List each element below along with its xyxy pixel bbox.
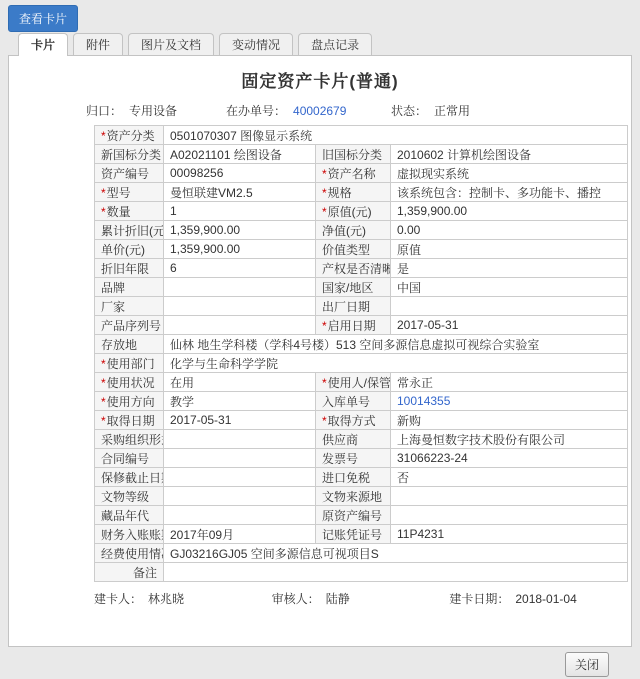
field-value: 1,359,900.00 <box>164 240 316 259</box>
page-title: 固定资产卡片(普通) <box>9 67 631 92</box>
field-value: 常永正 <box>391 373 628 392</box>
card-panel: 固定资产卡片(普通) 归口：专用设备 在办单号：40002679 状态：正常用 … <box>8 55 632 647</box>
field-label: *数量 <box>95 202 164 221</box>
field-label: 产品序列号 <box>95 316 164 335</box>
tab-images-docs[interactable]: 图片及文档 <box>128 33 214 55</box>
table-row: *数量1*原值(元)1,359,900.00 <box>95 202 628 221</box>
table-row: *取得日期2017-05-31*取得方式新购 <box>95 411 628 430</box>
field-value: 新购 <box>391 411 628 430</box>
field-value <box>164 278 316 297</box>
table-row: 折旧年限6产权是否清晰是 <box>95 259 628 278</box>
field-label: *规格 <box>316 183 391 202</box>
field-value: 教学 <box>164 392 316 411</box>
field-label: *取得日期 <box>95 411 164 430</box>
field-label: 财务入账账期 <box>95 525 164 544</box>
tab-inventory[interactable]: 盘点记录 <box>298 33 372 55</box>
field-value: 虚拟现实系统 <box>391 164 628 183</box>
table-row: 资产编号00098256*资产名称虚拟现实系统 <box>95 164 628 183</box>
asset-detail-table: *资产分类0501070307 图像显示系统新国标分类A02021101 绘图设… <box>94 125 628 582</box>
field-label: 品牌 <box>95 278 164 297</box>
status-label: 状态： <box>391 104 427 118</box>
required-asterisk: * <box>101 129 106 143</box>
field-label: 价值类型 <box>316 240 391 259</box>
field-value <box>164 297 316 316</box>
create-date-label: 建卡日期： <box>449 592 509 606</box>
table-row: *使用方向教学入库单号10014355 <box>95 392 628 411</box>
create-date-field: 建卡日期：2018-01-04 <box>449 590 627 607</box>
creator-field: 建卡人：林兆晓 <box>94 590 272 607</box>
field-label: *原值(元) <box>316 202 391 221</box>
field-label: 发票号 <box>316 449 391 468</box>
field-value: 该系统包含：控制卡、多功能卡、播控 <box>391 183 628 202</box>
field-value <box>164 506 316 525</box>
field-label: 记账凭证号 <box>316 525 391 544</box>
table-row: 新国标分类A02021101 绘图设备旧国标分类2010602 计算机绘图设备 <box>95 145 628 164</box>
status-field: 状态：正常用 <box>391 102 556 119</box>
field-label: 国家/地区 <box>316 278 391 297</box>
field-label: 净值(元) <box>316 221 391 240</box>
table-row: 经费使用情况GJ03216GJ05 空间多源信息可视项目S <box>95 544 628 563</box>
field-value: A02021101 绘图设备 <box>164 145 316 164</box>
tab-changes[interactable]: 变动情况 <box>219 33 293 55</box>
field-value: 11P4231 <box>391 525 628 544</box>
field-value <box>164 563 628 582</box>
field-label: 合同编号 <box>95 449 164 468</box>
field-value: 否 <box>391 468 628 487</box>
field-label: *资产分类 <box>95 126 164 145</box>
table-row: 藏品年代原资产编号 <box>95 506 628 525</box>
table-row: 合同编号发票号31066223-24 <box>95 449 628 468</box>
field-value: 在用 <box>164 373 316 392</box>
required-asterisk: * <box>322 319 327 333</box>
table-row: 厂家出厂日期 <box>95 297 628 316</box>
required-asterisk: * <box>101 414 106 428</box>
table-row: *资产分类0501070307 图像显示系统 <box>95 126 628 145</box>
field-label: 旧国标分类 <box>316 145 391 164</box>
status-value: 正常用 <box>434 104 470 118</box>
field-value <box>164 316 316 335</box>
table-row: 财务入账账期2017年09月记账凭证号11P4231 <box>95 525 628 544</box>
field-value: 2017-05-31 <box>391 316 628 335</box>
table-row: 采购组织形式供应商上海曼恒数字技术股份有限公司 <box>95 430 628 449</box>
field-value-link[interactable]: 10014355 <box>391 392 628 411</box>
field-value: 1 <box>164 202 316 221</box>
field-label: 备注 <box>95 563 164 582</box>
card-meta: 归口：专用设备 在办单号：40002679 状态：正常用 <box>86 102 556 119</box>
field-label: 累计折旧(元) <box>95 221 164 240</box>
field-value: 中国 <box>391 278 628 297</box>
field-value: 2017-05-31 <box>164 411 316 430</box>
required-asterisk: * <box>101 395 106 409</box>
field-value: 仙林 地生学科楼（学科4号楼）513 空间多源信息虚拟可视综合实验室 <box>164 335 628 354</box>
field-label: *使用人/保管人 <box>316 373 391 392</box>
required-asterisk: * <box>322 376 327 390</box>
required-asterisk: * <box>101 376 106 390</box>
field-label: *启用日期 <box>316 316 391 335</box>
tab-bar: 卡片 附件 图片及文档 变动情况 盘点记录 <box>18 33 372 56</box>
field-label: 产权是否清晰 <box>316 259 391 278</box>
auditor-label: 审核人： <box>272 592 320 606</box>
field-value: 6 <box>164 259 316 278</box>
zaiban-field: 在办单号：40002679 <box>226 102 391 119</box>
table-row: 累计折旧(元)1,359,900.00净值(元)0.00 <box>95 221 628 240</box>
field-label: *取得方式 <box>316 411 391 430</box>
field-value: 曼恒联建VM2.5 <box>164 183 316 202</box>
field-label: *资产名称 <box>316 164 391 183</box>
field-label: 文物等级 <box>95 487 164 506</box>
field-value: 上海曼恒数字技术股份有限公司 <box>391 430 628 449</box>
field-label: 折旧年限 <box>95 259 164 278</box>
create-date-value: 2018-01-04 <box>515 592 576 606</box>
table-row: *使用部门化学与生命科学学院 <box>95 354 628 373</box>
field-label: 厂家 <box>95 297 164 316</box>
field-value: 2017年09月 <box>164 525 316 544</box>
field-label: 单价(元) <box>95 240 164 259</box>
guikou-field: 归口：专用设备 <box>86 102 226 119</box>
auditor-value: 陆静 <box>326 592 350 606</box>
field-value: 化学与生命科学学院 <box>164 354 628 373</box>
guikou-value: 专用设备 <box>129 104 177 118</box>
field-value <box>164 468 316 487</box>
field-label: *使用方向 <box>95 392 164 411</box>
field-value: 2010602 计算机绘图设备 <box>391 145 628 164</box>
required-asterisk: * <box>322 205 327 219</box>
table-row: 保修截止日期进口免税否 <box>95 468 628 487</box>
field-value: 00098256 <box>164 164 316 183</box>
guikou-label: 归口： <box>86 104 122 118</box>
table-row: 存放地仙林 地生学科楼（学科4号楼）513 空间多源信息虚拟可视综合实验室 <box>95 335 628 354</box>
close-button[interactable]: 关闭 <box>565 652 609 677</box>
table-row: 单价(元)1,359,900.00价值类型原值 <box>95 240 628 259</box>
table-row: *型号曼恒联建VM2.5*规格该系统包含：控制卡、多功能卡、播控 <box>95 183 628 202</box>
field-label: *型号 <box>95 183 164 202</box>
field-value <box>164 487 316 506</box>
field-label: 存放地 <box>95 335 164 354</box>
field-label: 出厂日期 <box>316 297 391 316</box>
required-asterisk: * <box>322 414 327 428</box>
required-asterisk: * <box>101 186 106 200</box>
field-value: 31066223-24 <box>391 449 628 468</box>
creator-label: 建卡人： <box>94 592 142 606</box>
field-label: 文物来源地 <box>316 487 391 506</box>
field-label: 入库单号 <box>316 392 391 411</box>
field-value: 0501070307 图像显示系统 <box>164 126 628 145</box>
field-value-link-text[interactable]: 10014355 <box>397 394 450 408</box>
tab-attachments[interactable]: 附件 <box>73 33 123 55</box>
table-row: *使用状况在用*使用人/保管人常永正 <box>95 373 628 392</box>
field-value <box>391 297 628 316</box>
field-value: 是 <box>391 259 628 278</box>
field-value <box>391 506 628 525</box>
field-value: GJ03216GJ05 空间多源信息可视项目S <box>164 544 628 563</box>
field-label: 资产编号 <box>95 164 164 183</box>
field-label: 进口免税 <box>316 468 391 487</box>
table-row: 备注 <box>95 563 628 582</box>
field-value: 0.00 <box>391 221 628 240</box>
field-label: *使用状况 <box>95 373 164 392</box>
card-footer: 建卡人：林兆晓 审核人：陆静 建卡日期：2018-01-04 <box>94 590 627 607</box>
required-asterisk: * <box>101 205 106 219</box>
field-label: 新国标分类 <box>95 145 164 164</box>
zaiban-number-link[interactable]: 40002679 <box>293 104 346 118</box>
field-value: 原值 <box>391 240 628 259</box>
field-label: 采购组织形式 <box>95 430 164 449</box>
table-row: 品牌国家/地区中国 <box>95 278 628 297</box>
table-row: 产品序列号*启用日期2017-05-31 <box>95 316 628 335</box>
field-value: 1,359,900.00 <box>391 202 628 221</box>
required-asterisk: * <box>101 357 106 371</box>
field-value <box>164 430 316 449</box>
tab-card[interactable]: 卡片 <box>18 33 68 56</box>
required-asterisk: * <box>322 167 327 181</box>
creator-value: 林兆晓 <box>148 592 184 606</box>
table-row: 文物等级文物来源地 <box>95 487 628 506</box>
view-card-button[interactable]: 查看卡片 <box>8 5 78 32</box>
field-value <box>164 449 316 468</box>
field-label: *使用部门 <box>95 354 164 373</box>
field-label: 原资产编号 <box>316 506 391 525</box>
field-value: 1,359,900.00 <box>164 221 316 240</box>
field-value <box>391 487 628 506</box>
field-label: 藏品年代 <box>95 506 164 525</box>
required-asterisk: * <box>322 186 327 200</box>
zaiban-label: 在办单号： <box>226 104 286 118</box>
field-label: 保修截止日期 <box>95 468 164 487</box>
auditor-field: 审核人：陆静 <box>272 590 450 607</box>
field-label: 供应商 <box>316 430 391 449</box>
field-label: 经费使用情况 <box>95 544 164 563</box>
